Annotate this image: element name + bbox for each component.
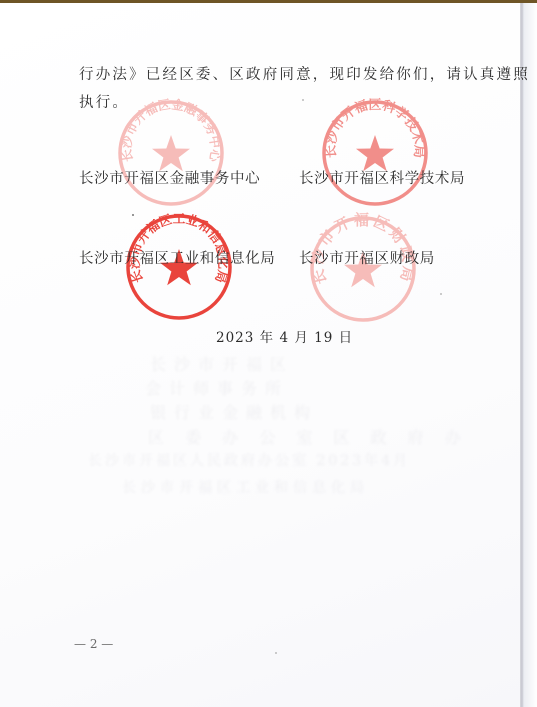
body-text-line: 执行。	[79, 91, 129, 112]
body-text-line: 行办法》已经区委、区政府同意，现印发给你们，请认真遵照	[79, 63, 530, 84]
signatory-finance-center: 长沙市开福区金融事务中心	[79, 167, 260, 188]
bleed-through-text: 会计师事务所	[145, 376, 289, 399]
bleed-through-text: 长沙市开福区	[150, 352, 294, 375]
issue-date: 2023 年 4 月 19 日	[216, 326, 353, 346]
signatory-science-bureau: 长沙市开福区科学技术局	[299, 167, 465, 188]
signatory-industry-bureau: 长沙市开福区工业和信息化局	[79, 247, 275, 268]
official-seal-finance-bureau: 长沙市开福区财政局	[308, 214, 418, 324]
official-seal-science-bureau: 长沙市开福区科学技术局	[320, 98, 430, 208]
bleed-through-text: 区 委 办 公 室 区 政 府 办	[148, 425, 469, 448]
bleed-through-text: 长沙市开福区人民政府办公室 2023年4月	[88, 450, 410, 470]
page-edge	[520, 3, 537, 707]
page-number: — 2 —	[74, 637, 113, 651]
scan-speck	[440, 293, 442, 295]
scan-speck	[275, 652, 277, 654]
signatory-finance-bureau: 长沙市开福区财政局	[299, 247, 435, 268]
official-seal-finance-center: 长沙市开福区金融事务中心	[116, 98, 226, 208]
bleed-through-text: 长沙市开福区工业和信息化局	[122, 477, 369, 497]
scan-speck	[302, 99, 304, 101]
bleed-through-text: 银行业金融机构	[150, 400, 318, 423]
